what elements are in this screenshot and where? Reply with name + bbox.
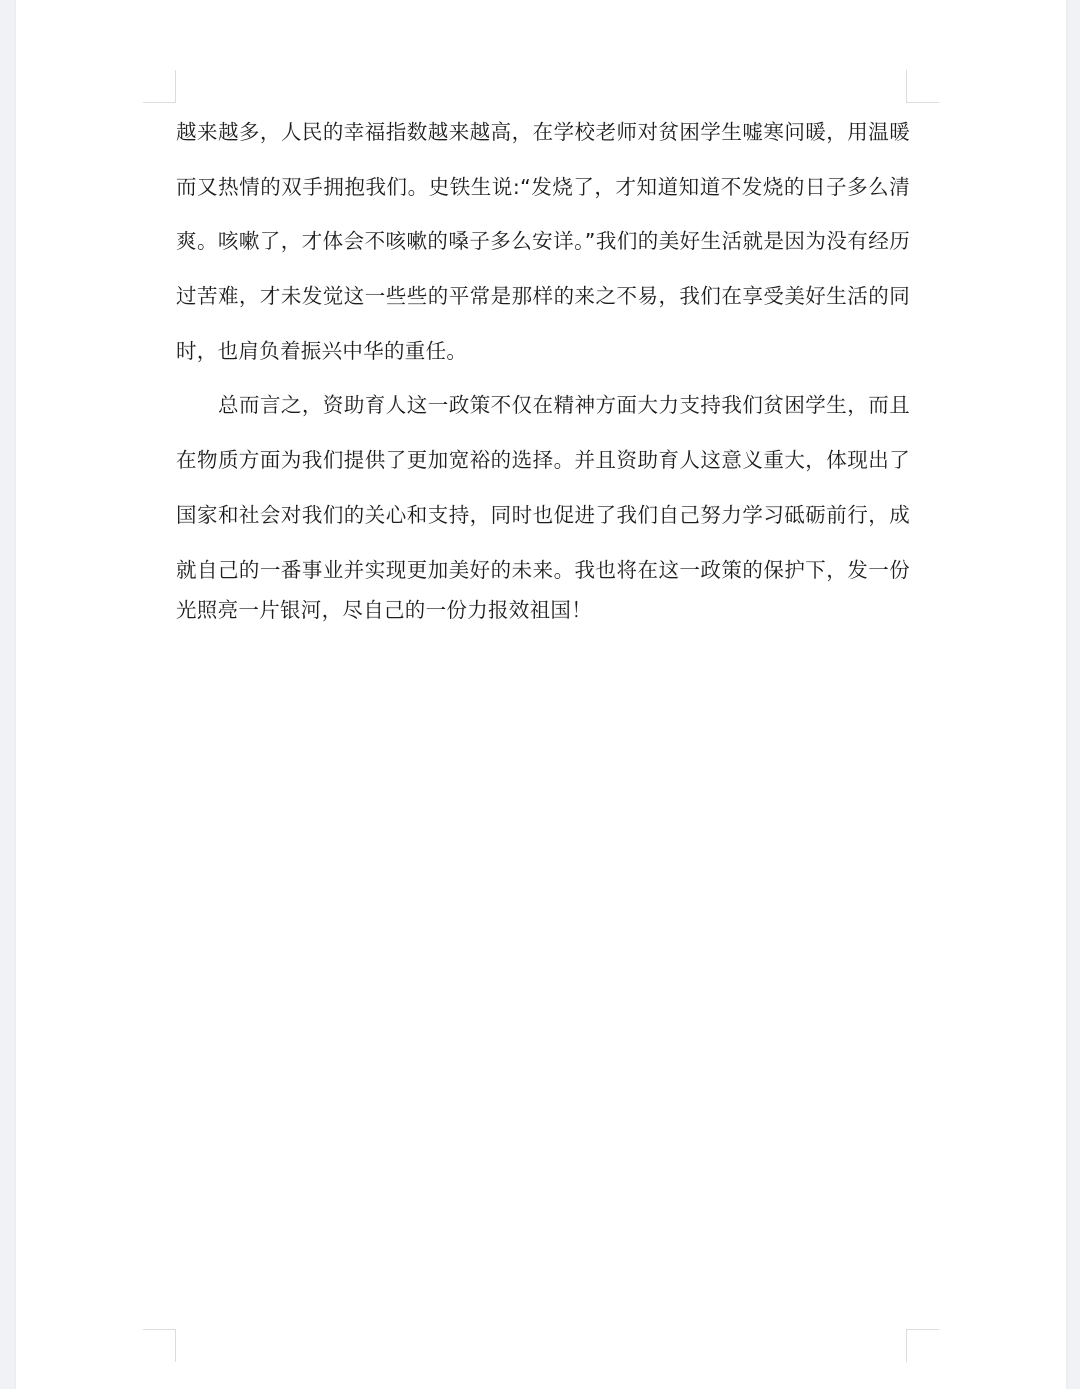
text-line: 时，也肩负着振兴中华的重任。 [176, 331, 910, 386]
paragraph-1: 越来越多，人民的幸福指数越来越高，在学校老师对贫困学生嘘寒问暖，用温暖 而又热情… [176, 112, 910, 385]
paragraph-2: 总而言之，资助育人这一政策不仅在精神方面大力支持我们贫困学生，而且 在物质方面为… [176, 385, 910, 644]
crop-mark-bottom-right [906, 1329, 939, 1362]
crop-mark-top-right [906, 70, 939, 103]
document-page: 越来越多，人民的幸福指数越来越高，在学校老师对贫困学生嘘寒问暖，用温暖 而又热情… [16, 0, 1066, 1389]
text-line: 越来越多，人民的幸福指数越来越高，在学校老师对贫困学生嘘寒问暖，用温暖 [176, 112, 910, 167]
document-body: 越来越多，人民的幸福指数越来越高，在学校老师对贫困学生嘘寒问暖，用温暖 而又热情… [176, 112, 910, 644]
text-line: 过苦难，才未发觉这一些些的平常是那样的来之不易，我们在享受美好生活的同 [176, 276, 910, 331]
crop-mark-bottom-left [143, 1329, 176, 1362]
text-line: 光照亮一片银河，尽自己的一份力报效祖国！ [176, 590, 910, 645]
text-line: 而又热情的双手拥抱我们。史铁生说:“发烧了，才知道知道不发烧的日子多么清 [176, 167, 910, 222]
text-line: 在物质方面为我们提供了更加宽裕的选择。并且资助育人这意义重大，体现出了 [176, 440, 910, 495]
text-line: 爽。咳嗽了，才体会不咳嗽的嗓子多么安详。”我们的美好生活就是因为没有经历 [176, 221, 910, 276]
crop-mark-top-left [143, 70, 176, 103]
text-line: 总而言之，资助育人这一政策不仅在精神方面大力支持我们贫困学生，而且 [176, 385, 910, 440]
text-line: 就自己的一番事业并实现更加美好的未来。我也将在这一政策的保护下，发一份 [176, 550, 910, 590]
text-line: 国家和社会对我们的关心和支持，同时也促进了我们自己努力学习砥砺前行，成 [176, 495, 910, 550]
